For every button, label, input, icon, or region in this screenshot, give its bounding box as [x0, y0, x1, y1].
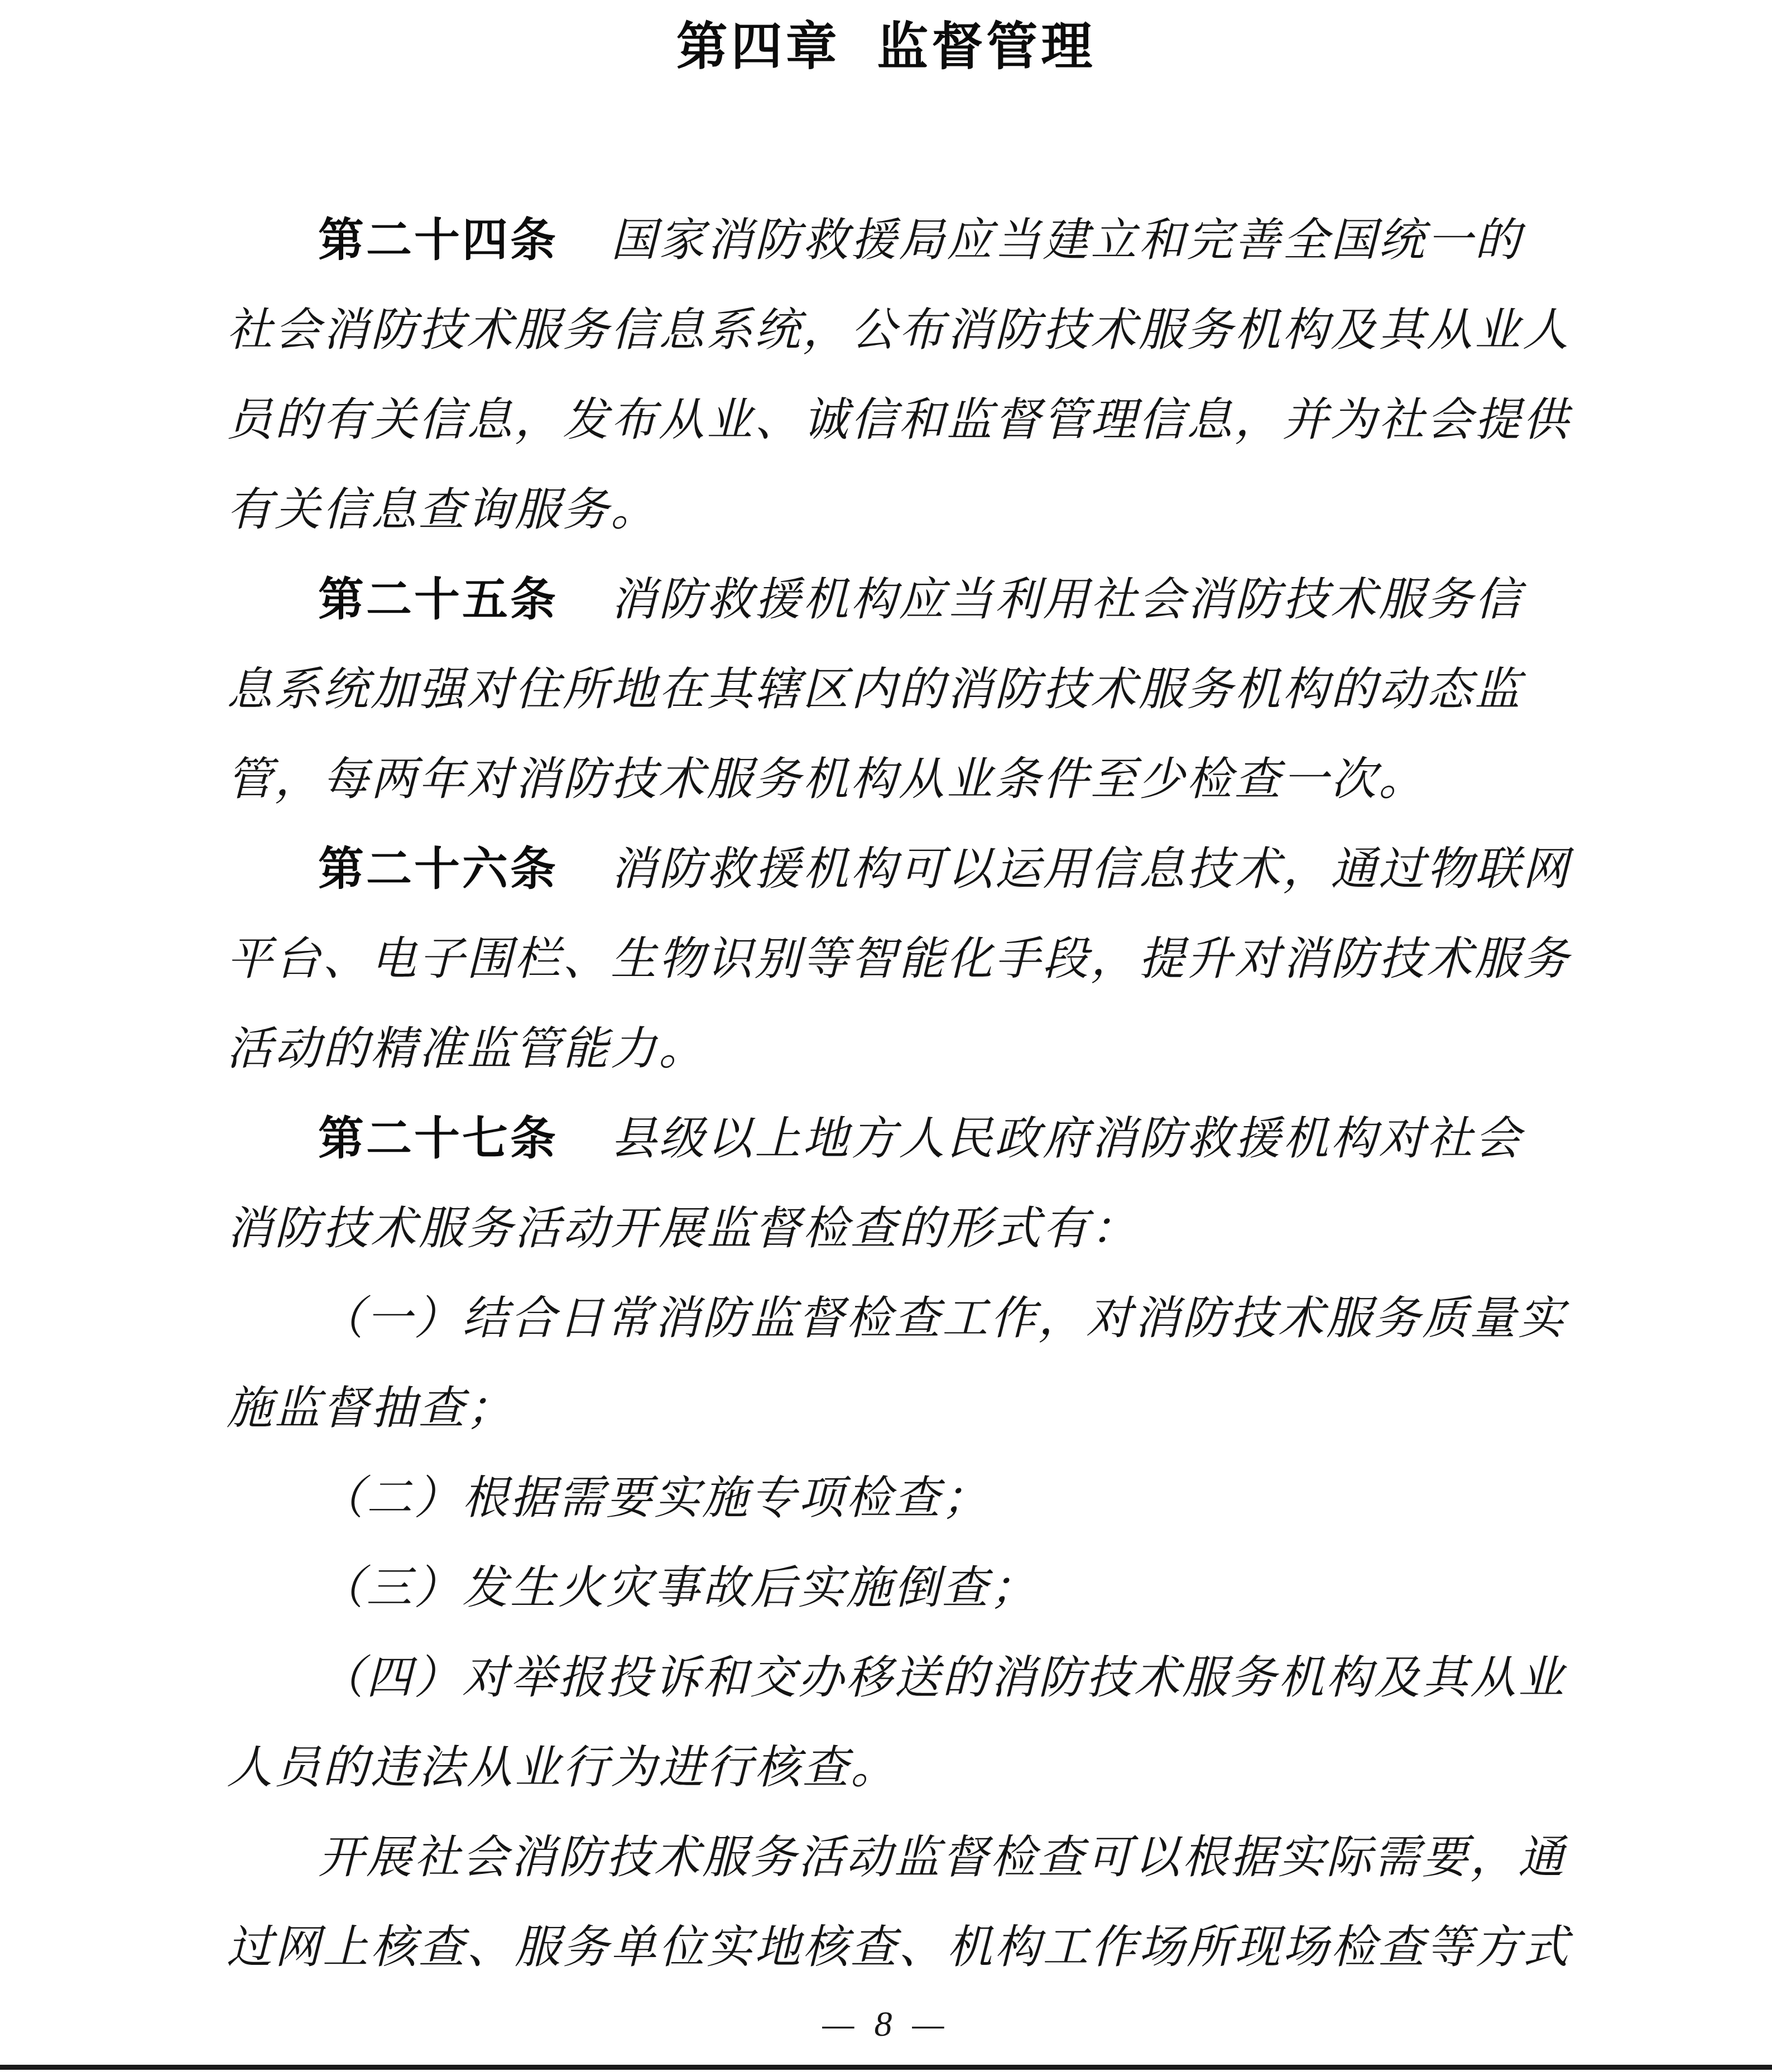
paragraph: （二）根据需要实施专项检查；: [227, 1453, 1605, 1543]
document-page: 第四章 监督管理 第二十四条国家消防救援局应当建立和完善全国统一的 社会消防技术…: [0, 0, 1772, 2072]
paragraph-text: （一）结合日常消防监督检查工作，对消防技术服务质量实 施监督抽查；: [227, 1293, 1566, 1434]
paragraph: （四）对举报投诉和交办移送的消防技术服务机构及其从业 人员的违法从业行为进行核查…: [227, 1633, 1605, 1813]
paragraph: 第二十七条县级以上地方人民政府消防救援机构对社会 消防技术服务活动开展监督检查的…: [227, 1094, 1605, 1273]
article-number: 第二十七条: [318, 1113, 558, 1164]
page-bottom-edge: [0, 2065, 1772, 2070]
paragraph: （一）结合日常消防监督检查工作，对消防技术服务质量实 施监督抽查；: [227, 1273, 1605, 1453]
article-number: 第二十六条: [318, 844, 558, 895]
paragraph-text: （三）发生火灾事故后实施倒查；: [318, 1563, 1038, 1613]
paragraph-text: 开展社会消防技术服务活动监督检查可以根据实际需要，通 过网上核查、服务单位实地核…: [227, 1832, 1571, 1973]
article-number: 第二十四条: [318, 215, 558, 266]
paragraph: 第二十四条国家消防救援局应当建立和完善全国统一的 社会消防技术服务信息系统，公布…: [227, 195, 1605, 555]
paragraph-text: （二）根据需要实施专项检查；: [318, 1473, 990, 1523]
paragraph: 第二十五条消防救援机构应当利用社会消防技术服务信 息系统加强对住所地在其辖区内的…: [227, 555, 1605, 824]
page-number: — 8 —: [0, 2003, 1772, 2045]
paragraph: （三）发生火灾事故后实施倒查；: [227, 1543, 1605, 1633]
paragraph: 开展社会消防技术服务活动监督检查可以根据实际需要，通 过网上核查、服务单位实地核…: [227, 1813, 1605, 1992]
article-number: 第二十五条: [318, 574, 558, 625]
article-body: 第二十四条国家消防救援局应当建立和完善全国统一的 社会消防技术服务信息系统，公布…: [227, 195, 1605, 1992]
paragraph-text: （四）对举报投诉和交办移送的消防技术服务机构及其从业 人员的违法从业行为进行核查…: [227, 1652, 1566, 1793]
chapter-title: 第四章 监督管理: [0, 6, 1772, 79]
paragraph: 第二十六条消防救援机构可以运用信息技术，通过物联网 平台、电子围栏、生物识别等智…: [227, 824, 1605, 1094]
